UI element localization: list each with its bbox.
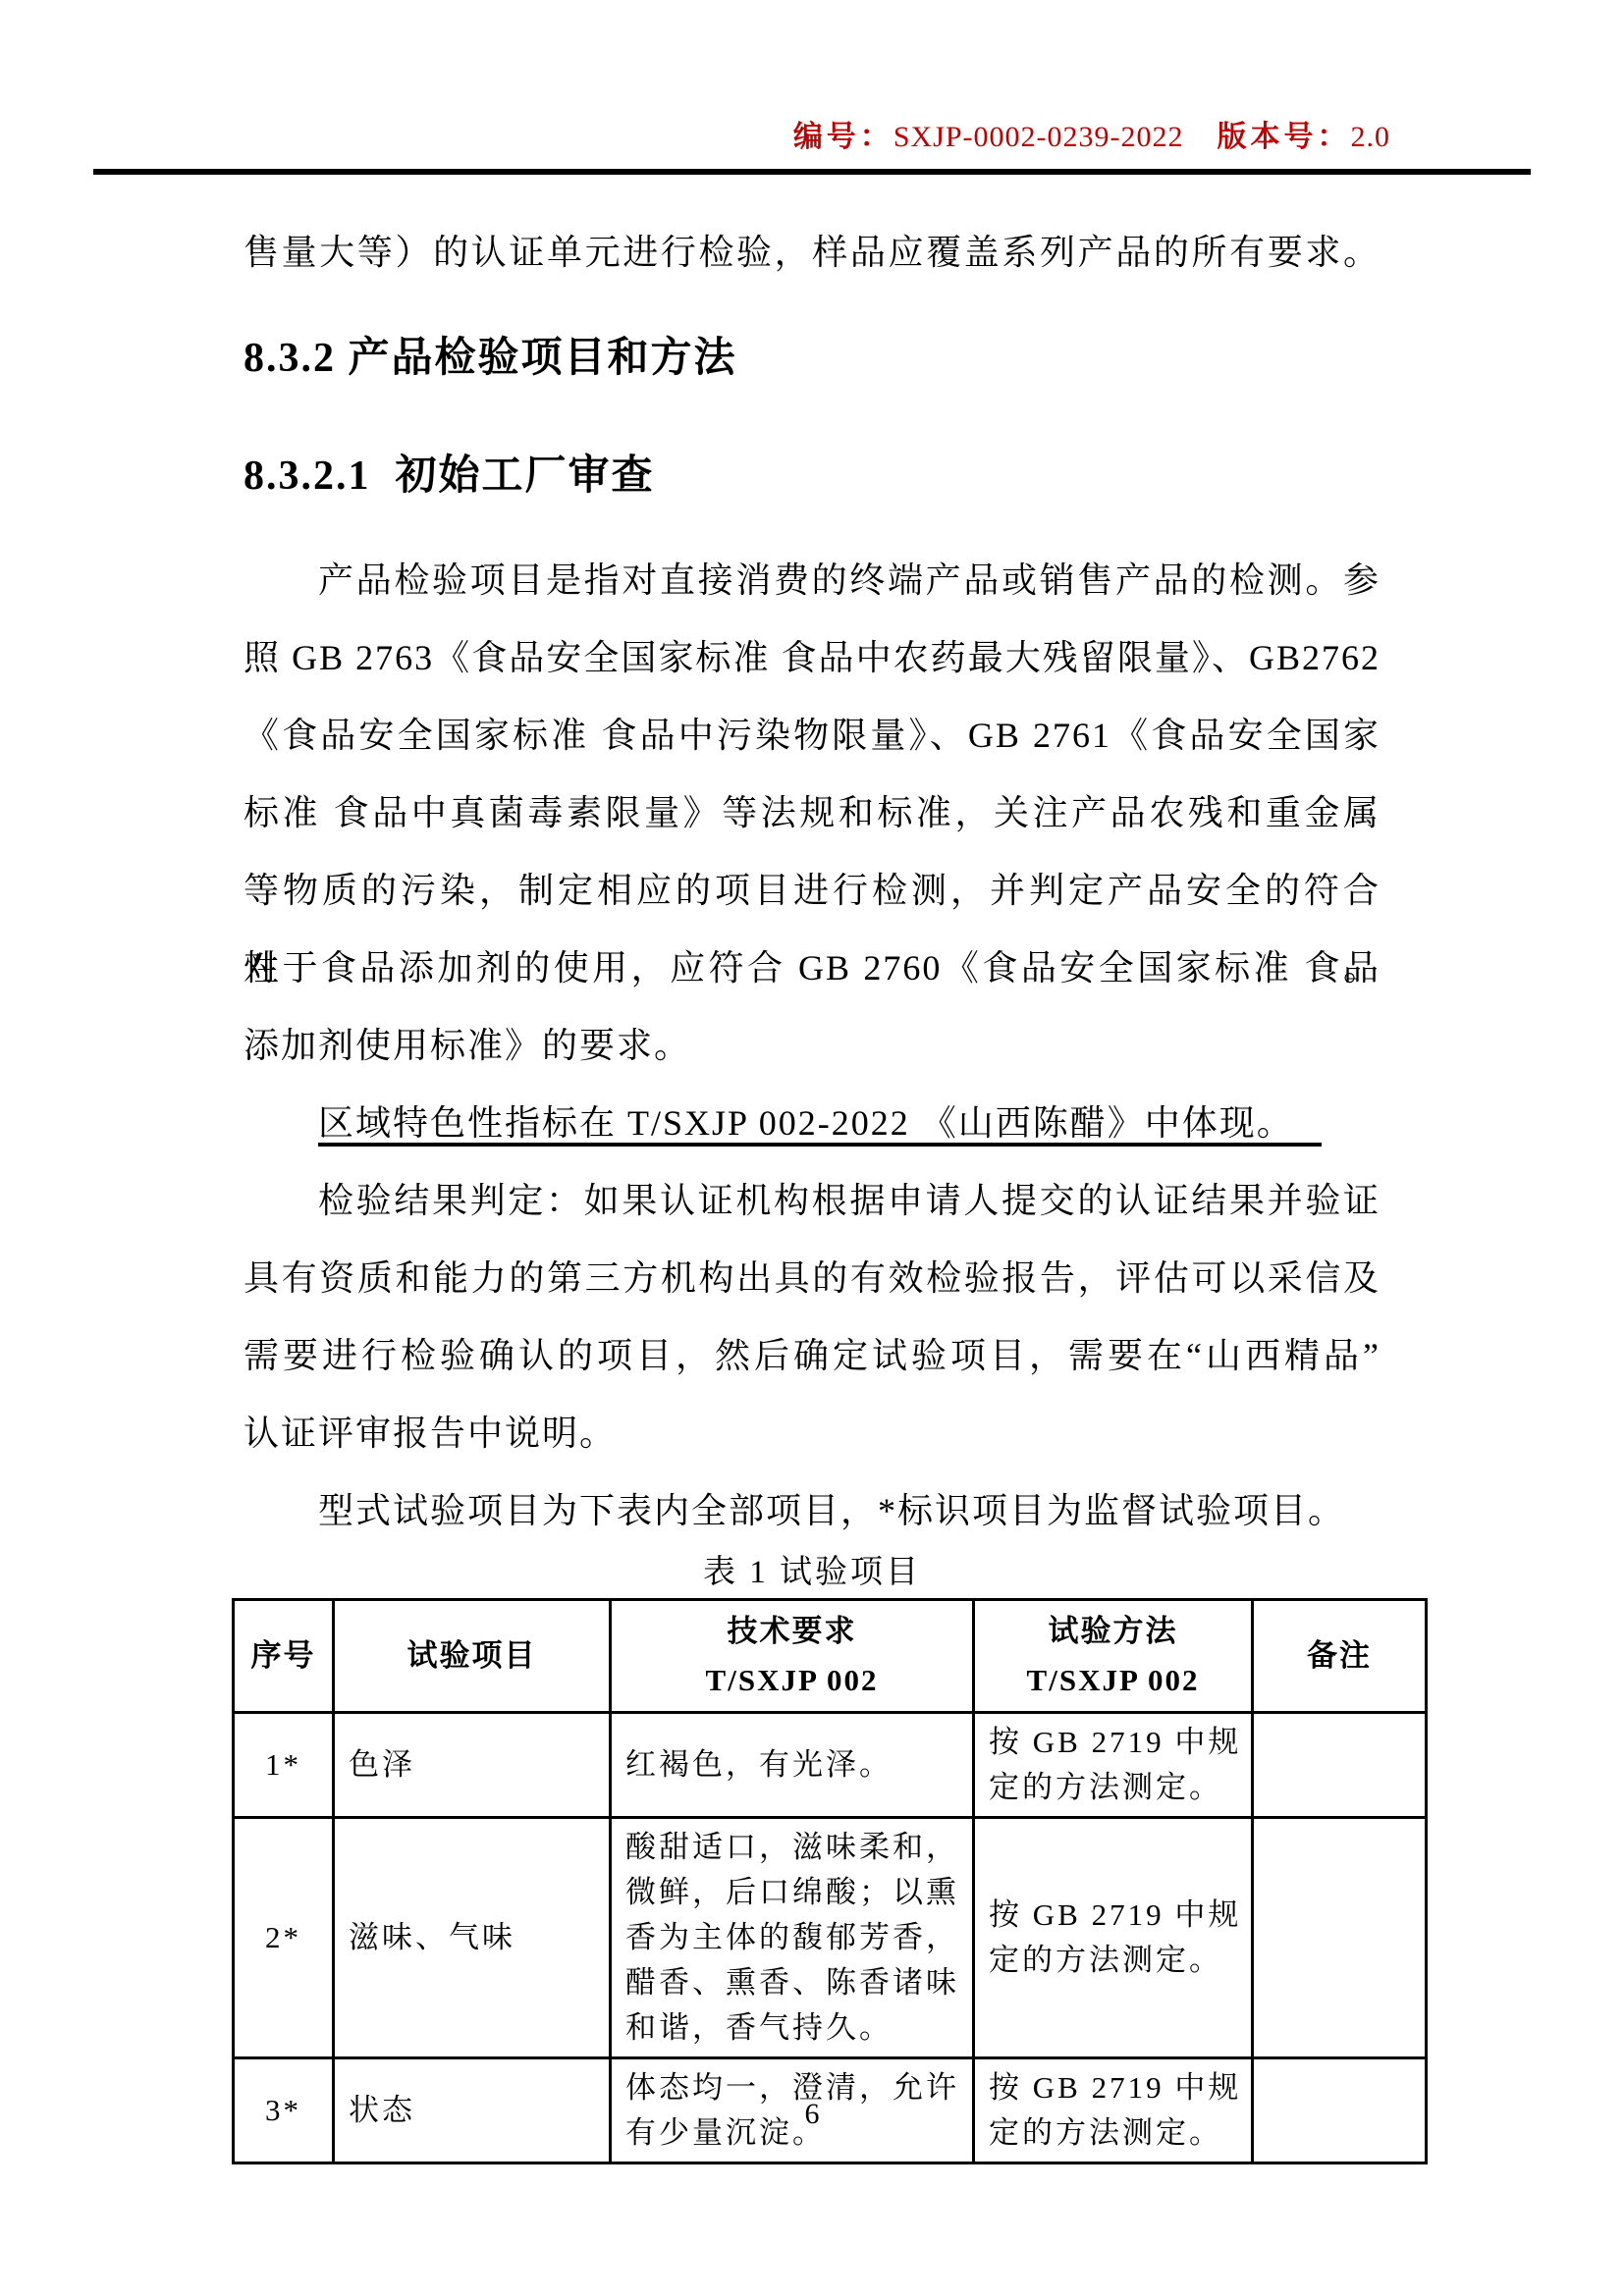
cell-seq: 1*: [234, 1713, 334, 1818]
table-caption: 表 1 试验项目: [244, 1543, 1380, 1602]
paragraph-line: 检验结果判定：如果认证机构根据申请人提交的认证结果并验证: [244, 1162, 1380, 1240]
header-rule: [93, 169, 1531, 175]
section-heading-8321: 8.3.2.1 初始工厂审查: [244, 434, 655, 518]
table-header-row: 序号 试验项目 技术要求 T/SXJP 002 试验方法 T/SXJP 002 …: [234, 1600, 1427, 1713]
test-items-table: 序号 试验项目 技术要求 T/SXJP 002 试验方法 T/SXJP 002 …: [232, 1598, 1428, 2164]
paragraph-line: 等物质的污染，制定相应的项目进行检测，并判定产品安全的符合性。: [244, 852, 1380, 930]
doc-version: 2.0: [1351, 121, 1391, 153]
paragraph-line: 认证评审报告中说明。: [244, 1395, 1380, 1472]
cell-item: 滋味、气味: [334, 1818, 611, 2058]
section-heading-832: 8.3.2 产品检验项目和方法: [244, 316, 737, 400]
table-row: 2* 滋味、气味 酸甜适口，滋味柔和，微鲜，后口绵酸；以熏香为主体的馥郁芳香，醋…: [234, 1818, 1427, 2058]
underlined-text: 区域特色性指标在 T/SXJP 002-2022 《山西陈醋》中体现。: [318, 1103, 1322, 1147]
doc-header: 编号：SXJP-0002-0239-2022版本号：2.0: [793, 112, 1390, 155]
doc-number-label: 编号：: [793, 121, 893, 153]
body-line-carryover: 售量大等）的认证单元进行检验，样品应覆盖系列产品的所有要求。: [244, 214, 1380, 292]
paragraph-line: 需要进行检验确认的项目，然后确定试验项目，需要在“山西精品”: [244, 1317, 1380, 1395]
paragraph-line: 《食品安全国家标准 食品中污染物限量》、GB 2761《食品安全国家: [244, 697, 1380, 774]
document-page: 编号：SXJP-0002-0239-2022版本号：2.0 售量大等）的认证单元…: [0, 0, 1624, 2296]
table-row: 1* 色泽 红褐色，有光泽。 按 GB 2719 中规定的方法测定。: [234, 1713, 1427, 1818]
cell-method: 按 GB 2719 中规定的方法测定。: [974, 1818, 1253, 2058]
doc-version-label: 版本号：: [1218, 121, 1351, 153]
col-header-remark: 备注: [1253, 1600, 1427, 1713]
cell-method: 按 GB 2719 中规定的方法测定。: [974, 1713, 1253, 1818]
paragraph-line: 具有资质和能力的第三方机构出具的有效检验报告，评估可以采信及: [244, 1240, 1380, 1317]
cell-item: 色泽: [334, 1713, 611, 1818]
col-header-requirement: 技术要求 T/SXJP 002: [611, 1600, 974, 1713]
paragraph-line: 产品检验项目是指对直接消费的终端产品或销售产品的检测。参: [244, 542, 1380, 619]
cell-requirement: 酸甜适口，滋味柔和，微鲜，后口绵酸；以熏香为主体的馥郁芳香，醋香、熏香、陈香诸味…: [611, 1818, 974, 2058]
col-header-item: 试验项目: [334, 1600, 611, 1713]
paragraph-line: 对于食品添加剂的使用，应符合 GB 2760《食品安全国家标准 食品: [244, 930, 1380, 1007]
col-header-seq: 序号: [234, 1600, 334, 1713]
cell-seq: 2*: [234, 1818, 334, 2058]
col-header-method: 试验方法 T/SXJP 002: [974, 1600, 1253, 1713]
doc-number: SXJP-0002-0239-2022: [893, 121, 1184, 153]
paragraph-line: 照 GB 2763《食品安全国家标准 食品中农药最大残留限量》、GB2762: [244, 619, 1380, 697]
cell-remark: [1253, 1818, 1427, 2058]
page-number: 6: [244, 2093, 1380, 2136]
paragraph-line: 型式试验项目为下表内全部项目，*标识项目为监督试验项目。: [244, 1472, 1380, 1550]
underlined-emphasis-line: 区域特色性指标在 T/SXJP 002-2022 《山西陈醋》中体现。: [244, 1085, 1380, 1162]
cell-remark: [1253, 1713, 1427, 1818]
paragraph-line: 标准 食品中真菌毒素限量》等法规和标准，关注产品农残和重金属: [244, 774, 1380, 852]
paragraph-line: 添加剂使用标准》的要求。: [244, 1007, 1380, 1085]
cell-requirement: 红褐色，有光泽。: [611, 1713, 974, 1818]
